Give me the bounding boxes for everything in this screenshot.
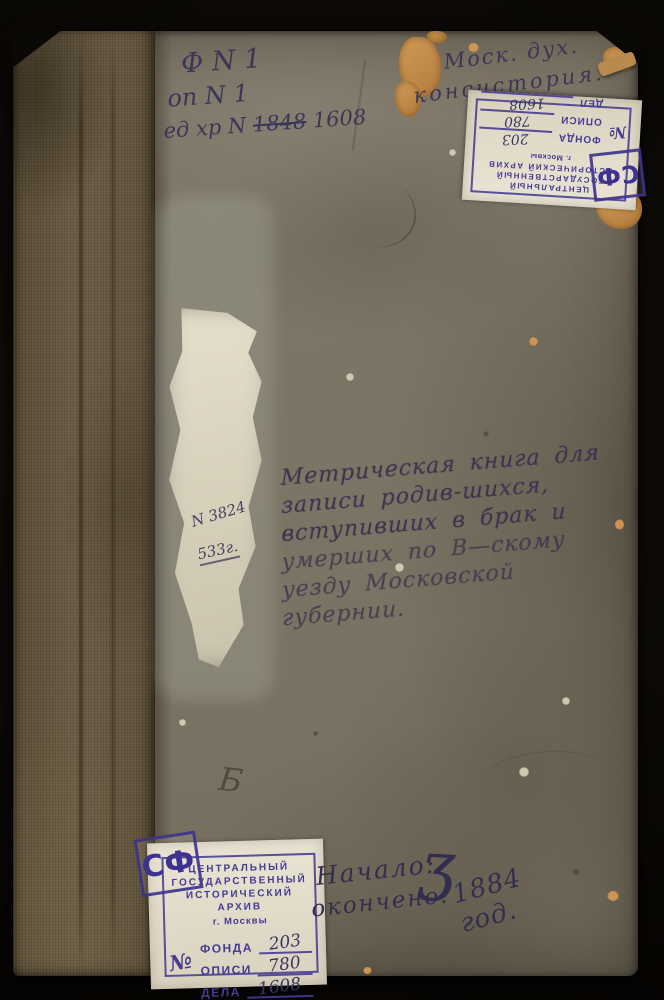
book-spine <box>13 31 155 976</box>
year-value: 1884 год. <box>449 846 596 939</box>
book-title: Метрическая книга для записи родив-шихся… <box>281 437 634 634</box>
archive-book-photo: N 3824 533г. Ф N 1 оп N 1 ед хр N 1848 1… <box>0 0 664 1000</box>
struck-number: 1848 <box>252 109 307 137</box>
damage-spot <box>363 967 372 974</box>
damage-patch <box>427 31 447 43</box>
dark-speck <box>313 731 318 736</box>
stamp-row: ДЕЛА 1608 <box>201 975 314 1000</box>
dark-speck <box>483 431 489 437</box>
scuff-mark <box>481 745 605 805</box>
paper-speck <box>562 697 570 705</box>
inventory-inscription: Ф N 1 оп N 1 ед хр N 1848 1608 <box>158 36 367 143</box>
pencil-note: Б <box>217 760 245 801</box>
numero-sign: № <box>599 98 628 154</box>
archive-stamp-box: ЦЕНТРАЛЬНЫЙ ГОСУДАРСТВЕННЫЙ ИСТОРИЧЕСКИЙ… <box>161 853 318 977</box>
scuff-mark <box>324 162 427 259</box>
paper-speck <box>449 149 456 156</box>
date-inscription: Начало: окончено: ʒ 1884 год. <box>306 830 596 969</box>
paper-speck <box>179 719 186 726</box>
archive-name: ЦЕНТРАЛЬНЫЙ ГОСУДАРСТВЕННЫЙ ИСТОРИЧЕСКИЙ… <box>476 147 624 196</box>
paper-speck <box>346 373 354 381</box>
damage-spot <box>529 337 538 346</box>
spine-crease <box>111 31 115 976</box>
stamp-row: ДЕЛ 1608 <box>480 91 603 116</box>
archive-stamp-box: ЦЕНТРАЛЬНЫЙ ГОСУДАРСТВЕННЫЙ ИСТОРИЧЕСКИЙ… <box>470 98 631 201</box>
archive-label-bottom: СФ ЦЕНТРАЛЬНЫЙ ГОСУДАРСТВЕННЫЙ ИСТОРИЧЕС… <box>147 839 327 990</box>
spine-crease <box>79 31 83 976</box>
damage-spot <box>607 891 619 901</box>
book-cover: N 3824 533г. Ф N 1 оп N 1 ед хр N 1848 1… <box>13 31 638 976</box>
paper-speck <box>519 767 529 777</box>
archive-name: ЦЕНТРАЛЬНЫЙ ГОСУДАРСТВЕННЫЙ ИСТОРИЧЕСКИЙ… <box>168 860 312 930</box>
side-label-year: 533г. <box>196 537 241 566</box>
archive-label-top: СФ ЦЕНТРАЛЬНЫЙ ГОСУДАРСТВЕННЫЙ ИСТОРИЧЕС… <box>462 90 642 210</box>
side-label-number: N 3824 <box>189 497 248 530</box>
